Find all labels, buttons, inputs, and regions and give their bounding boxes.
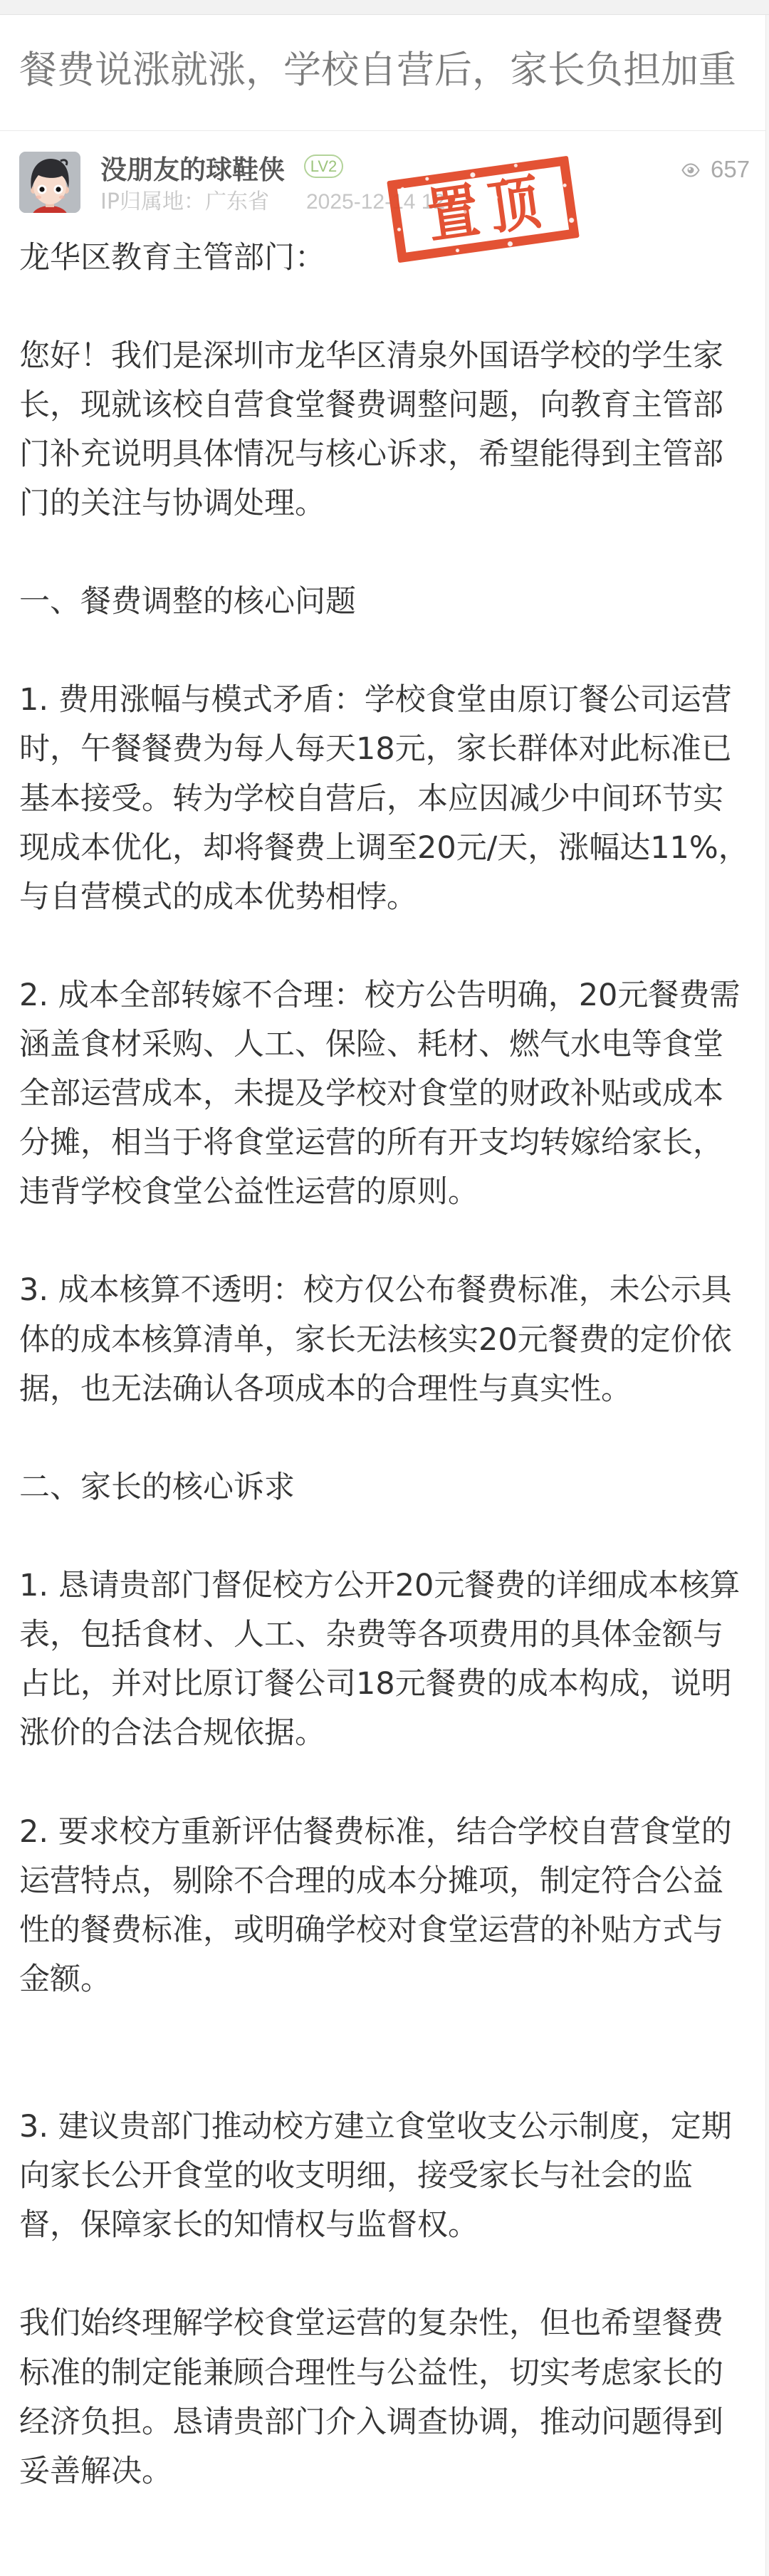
body-line: 1. 费用涨幅与模式矛盾：学校食堂由原订餐公司运营 xyxy=(19,676,763,725)
scrollbar-track[interactable] xyxy=(765,15,769,2576)
post-title: 餐费说涨就涨，学校自营后，家长负担加重 xyxy=(19,49,736,92)
body-line: 据，也无法确认各项成本的合理性与真实性。 xyxy=(19,1365,763,1414)
intro-paragraph: 您好！我们是深圳市龙华区清泉外国语学校的学生家 长，现就该校自营食堂餐费调整问题… xyxy=(19,332,763,528)
body-line: 长，现就该校自营食堂餐费调整问题，向教育主管部 xyxy=(19,381,763,430)
body-line: 妥善解决。 xyxy=(19,2447,763,2496)
view-count: 657 xyxy=(711,157,750,182)
section-heading: 一、餐费调整的核心问题 xyxy=(19,577,763,627)
author-avatar[interactable] xyxy=(19,152,80,213)
issue-item-3: 3. 成本核算不透明：校方仅公布餐费标准，未公示具 体的成本核算清单，家长无法核… xyxy=(19,1266,763,1413)
eye-icon xyxy=(681,163,700,177)
body-line: 龙华区教育主管部门： xyxy=(19,234,763,283)
title-divider xyxy=(0,130,765,131)
post-body: 龙华区教育主管部门： 您好！我们是深圳市龙华区清泉外国语学校的学生家 长，现就该… xyxy=(19,234,763,2496)
body-line: 1. 恳请贵部门督促校方公开20元餐费的详细成本核算 xyxy=(19,1561,763,1611)
level-badge: LV2 xyxy=(304,155,343,178)
body-line: 经济负担。恳请贵部门介入调查协调，推动问题得到 xyxy=(19,2398,763,2447)
body-line: 性的餐费标准，或明确学校对食堂运营的补贴方式与 xyxy=(19,1906,763,1955)
cartoon-boy-avatar-icon xyxy=(19,152,80,213)
body-line: 您好！我们是深圳市龙华区清泉外国语学校的学生家 xyxy=(19,332,763,381)
demand-item-1: 1. 恳请贵部门督促校方公开20元餐费的详细成本核算 表，包括食材、人工、杂费等… xyxy=(19,1561,763,1758)
body-line: 违背学校食堂公益性运营的原则。 xyxy=(19,1168,763,1217)
closing-paragraph: 我们始终理解学校食堂运营的复杂性，但也希望餐费 标准的制定能兼顾合理性与公益性，… xyxy=(19,2299,763,2496)
body-line: 涨价的合法合规依据。 xyxy=(19,1709,763,1758)
body-line: 表，包括食材、人工、杂费等各项费用的具体金额与 xyxy=(19,1611,763,1660)
body-line: 标准的制定能兼顾合理性与公益性，切实考虑家长的 xyxy=(19,2349,763,2398)
body-line: 涵盖食材采购、人工、保险、耗材、燃气水电等食堂 xyxy=(19,1020,763,1069)
issue-item-2: 2. 成本全部转嫁不合理：校方公告明确，20元餐费需 涵盖食材采购、人工、保险、… xyxy=(19,971,763,1217)
body-line: 现成本优化，却将餐费上调至20元/天，涨幅达11%， xyxy=(19,824,763,873)
body-line: 向家长公开食堂的收支明细，接受家长与社会的监 xyxy=(19,2152,763,2201)
top-status-strip xyxy=(0,0,769,15)
section-heading-core-demands: 二、家长的核心诉求 xyxy=(19,1463,763,1512)
body-line: 分摊，相当于将食堂运营的所有开支均转嫁给家长， xyxy=(19,1119,763,1168)
body-line: 门补充说明具体情况与核心诉求，希望能得到主管部 xyxy=(19,430,763,479)
body-line: 占比，并对比原订餐公司18元餐费的成本构成，说明 xyxy=(19,1660,763,1709)
body-line: 全部运营成本，未提及学校对食堂的财政补贴或成本 xyxy=(19,1069,763,1119)
section-heading-core-issues: 一、餐费调整的核心问题 xyxy=(19,577,763,627)
body-line: 3. 建议贵部门推动校方建立食堂收支公示制度，定期 xyxy=(19,2103,763,2152)
demand-item-2: 2. 要求校方重新评估餐费标准，结合学校自营食堂的 运营特点，剔除不合理的成本分… xyxy=(19,1808,763,2004)
issue-item-1: 1. 费用涨幅与模式矛盾：学校食堂由原订餐公司运营 时，午餐餐费为每人每天18元… xyxy=(19,676,763,921)
body-line: 时，午餐餐费为每人每天18元，家长群体对此标准已 xyxy=(19,725,763,774)
body-line: 门的关注与协调处理。 xyxy=(19,479,763,528)
body-line: 我们始终理解学校食堂运营的复杂性，但也希望餐费 xyxy=(19,2299,763,2348)
body-line: 体的成本核算清单，家长无法核实20元餐费的定价依 xyxy=(19,1316,763,1365)
body-line: 金额。 xyxy=(19,1955,763,2004)
body-line: 基本接受。转为学校自营后，本应因减少中间环节实 xyxy=(19,775,763,824)
author-name-link[interactable]: 没朋友的球鞋侠 xyxy=(100,156,285,184)
body-line: 与自营模式的成本优势相悖。 xyxy=(19,873,763,922)
ip-location: IP归属地：广东省 xyxy=(100,190,269,214)
salutation-paragraph: 龙华区教育主管部门： xyxy=(19,234,763,283)
body-line: 运营特点，剔除不合理的成本分摊项，制定符合公益 xyxy=(19,1857,763,1906)
demand-item-3: 3. 建议贵部门推动校方建立食堂收支公示制度，定期 向家长公开食堂的收支明细，接… xyxy=(19,2103,763,2250)
body-line: 3. 成本核算不透明：校方仅公布餐费标准，未公示具 xyxy=(19,1266,763,1315)
section-heading: 二、家长的核心诉求 xyxy=(19,1463,763,1512)
body-line: 2. 要求校方重新评估餐费标准，结合学校自营食堂的 xyxy=(19,1808,763,1857)
body-line: 督，保障家长的知情权与监督权。 xyxy=(19,2201,763,2250)
body-line: 2. 成本全部转嫁不合理：校方公告明确，20元餐费需 xyxy=(19,971,763,1020)
